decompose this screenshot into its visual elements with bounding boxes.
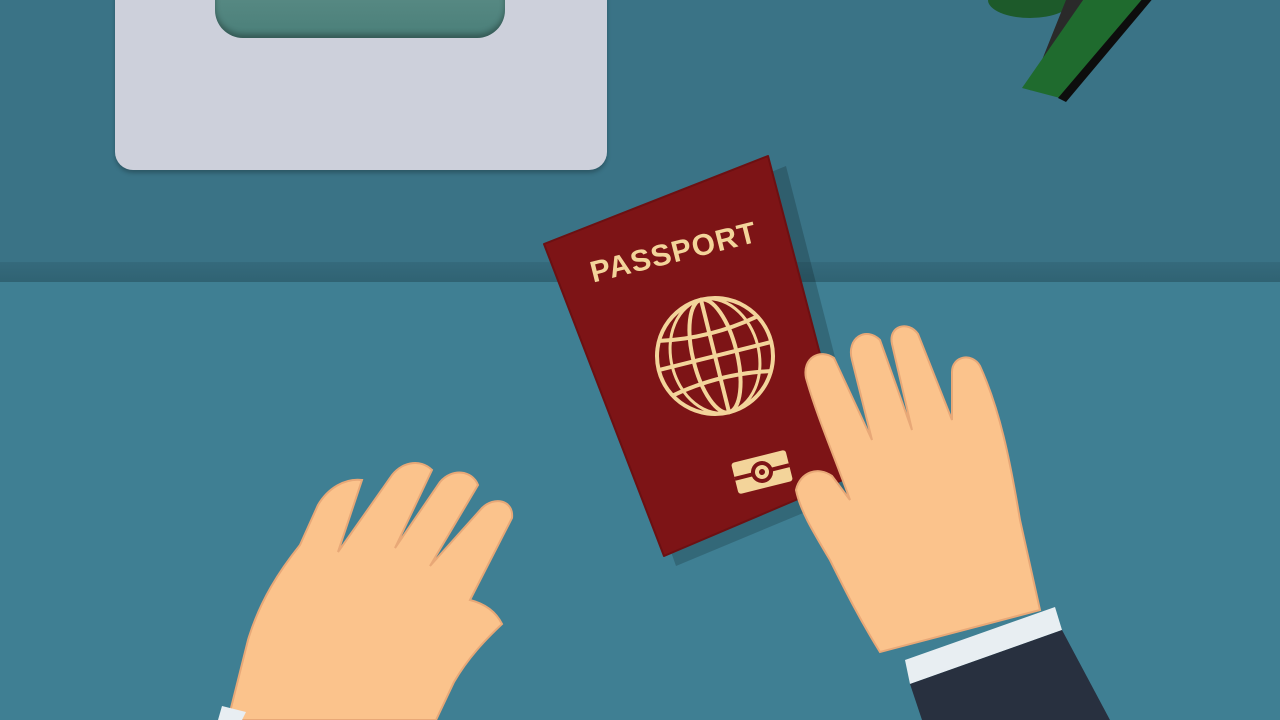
illustration-layer: PASSPORT: [0, 0, 1280, 720]
right-hand: [796, 326, 1110, 720]
left-hand: [218, 463, 512, 720]
rubber-stamp-icon: [988, 0, 1160, 102]
